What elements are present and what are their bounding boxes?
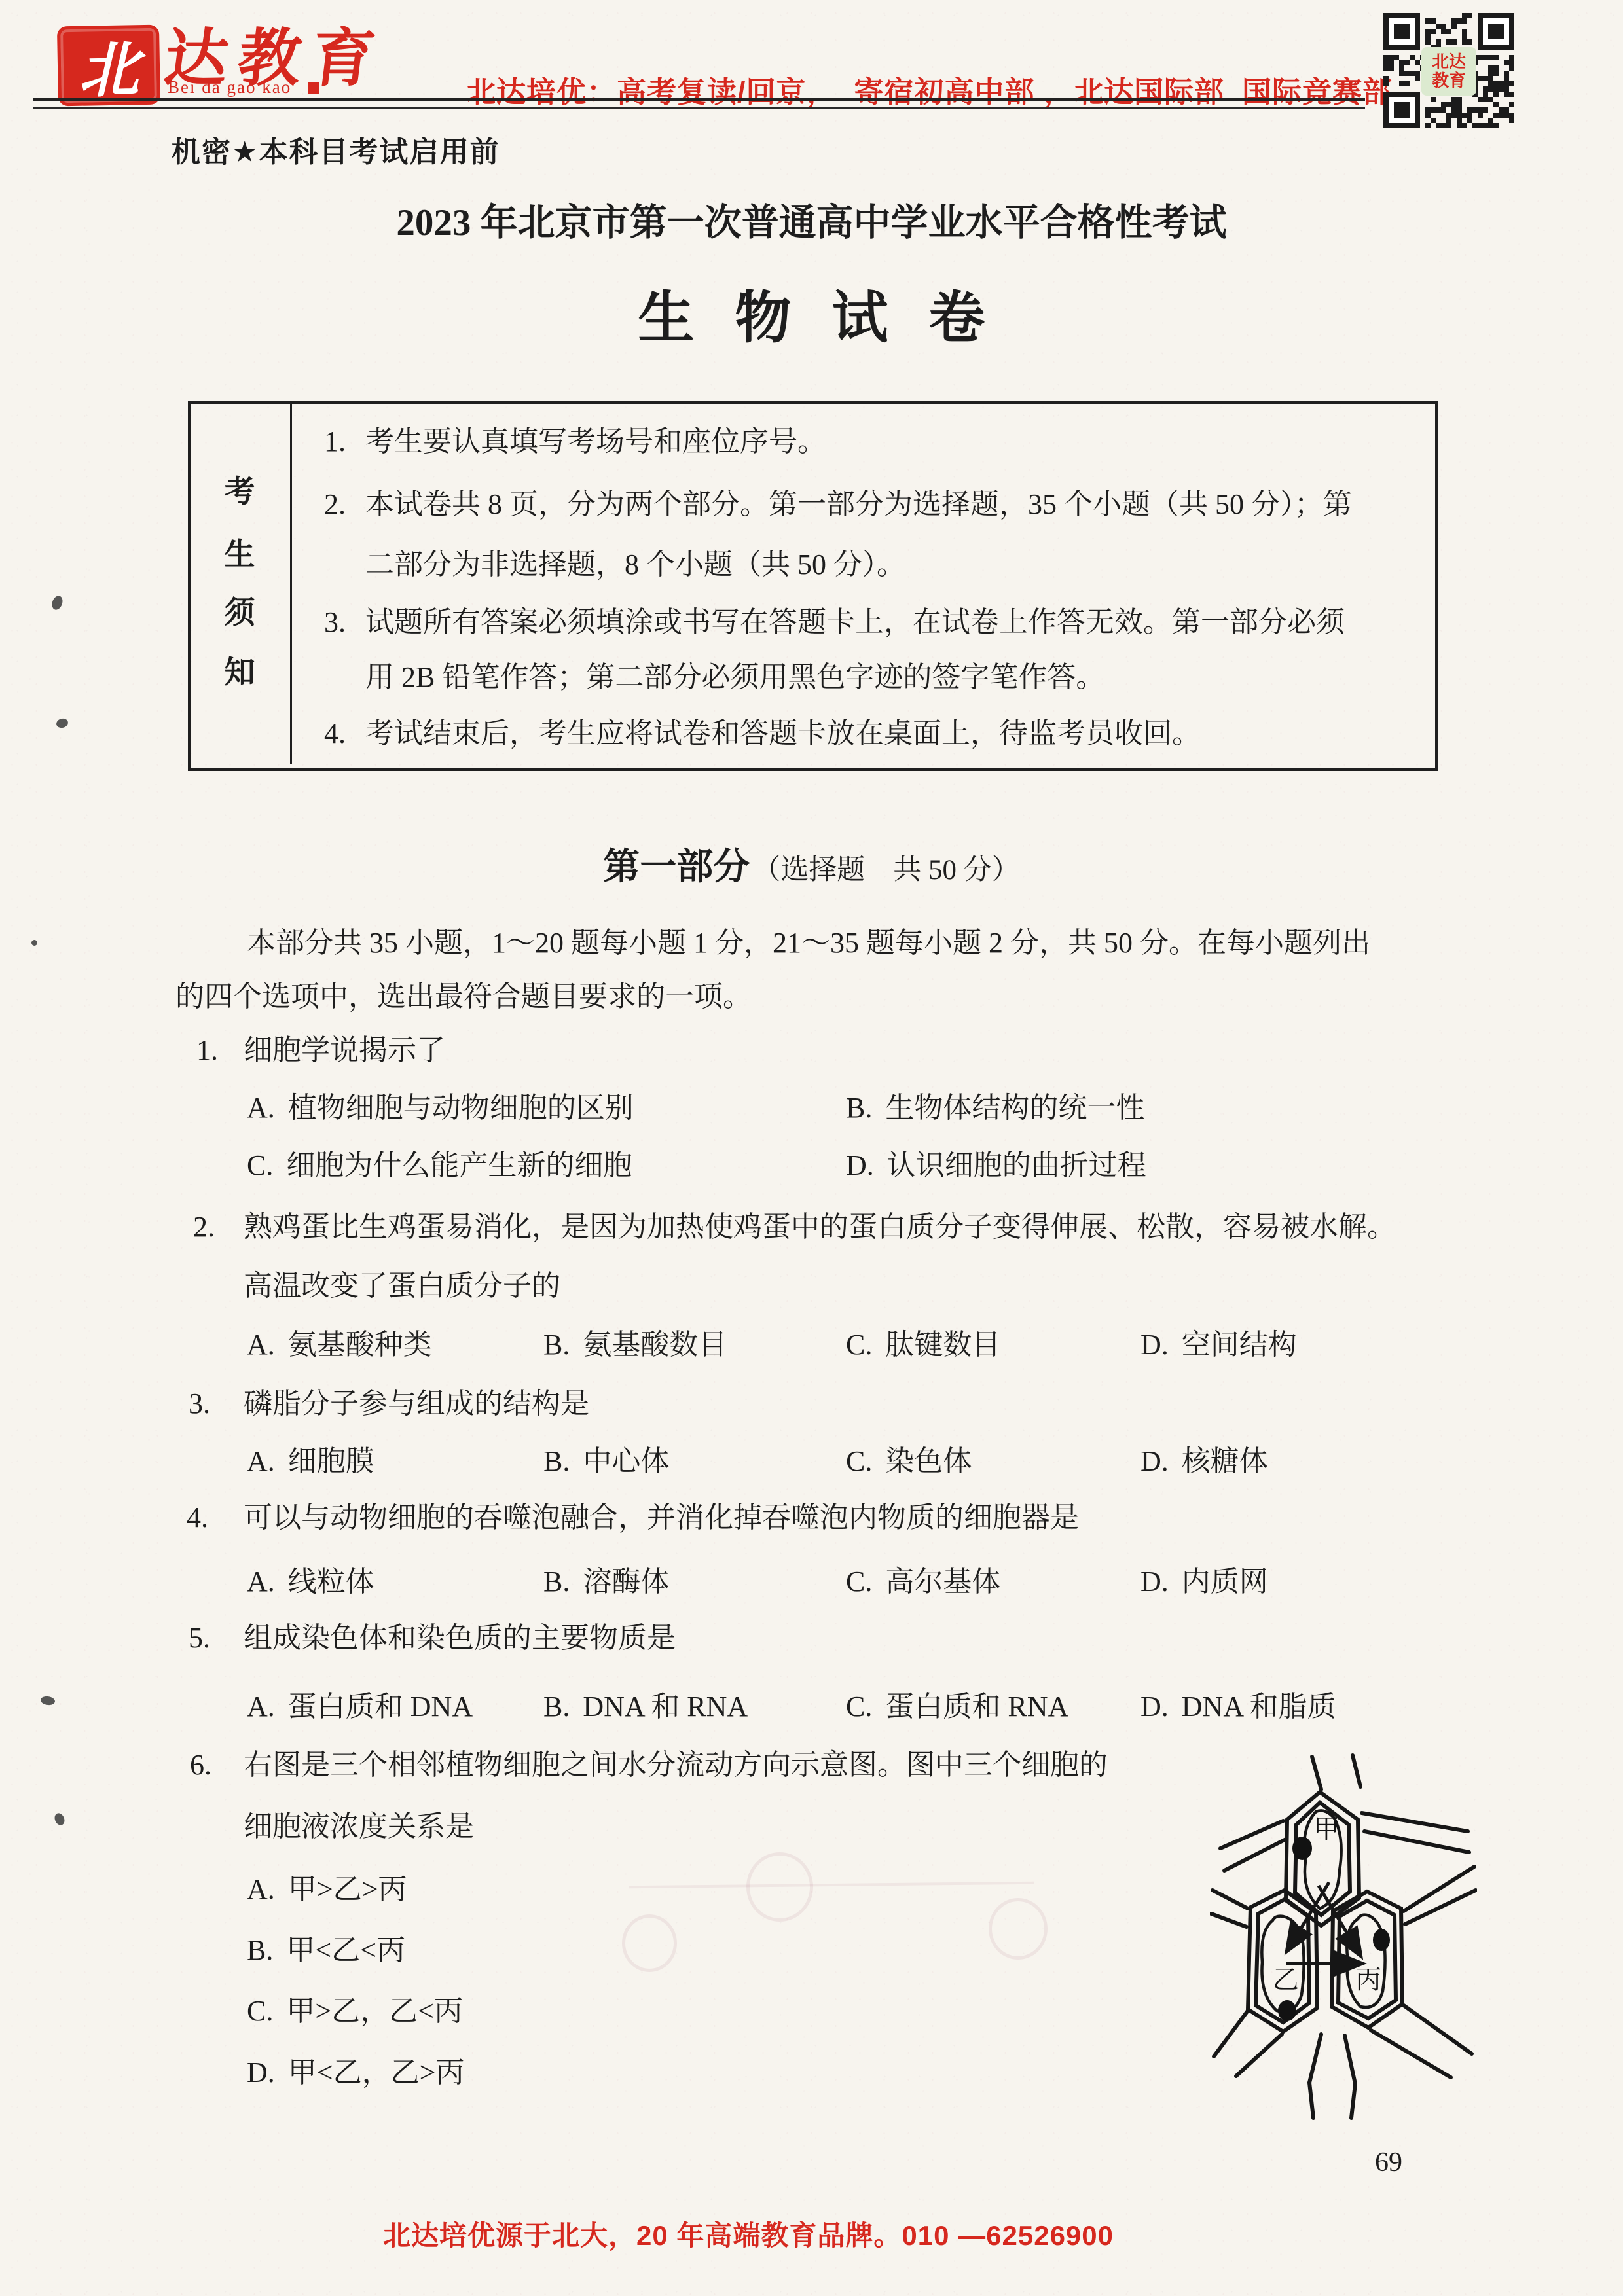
section-subtitle: （选择题 共 50 分） (752, 855, 1020, 886)
notice-item-text: 试题所有答案必须填涂或书写在答题卡上，在试卷上作答无效。第一部分必须 (365, 606, 1345, 639)
scanned-exam-page: 北 达教育 Bei da gao kao 北达培优：高考复读/回京， 寄宿初高中… (0, 0, 1623, 2296)
cell-wall-lattice (1211, 1755, 1476, 2118)
question-stem: 熟鸡蛋比生鸡蛋易消化，是因为加热使鸡蛋中的蛋白质分子变得伸展、松散，容易被水解。 (244, 1211, 1396, 1244)
option-a: A.甲>乙>丙 (247, 1873, 407, 1907)
question-stem: 组成染色体和染色质的主要物质是 (244, 1622, 676, 1655)
scan-artifact (40, 1696, 56, 1706)
scan-artifact (53, 1812, 67, 1827)
scan-artifact (31, 940, 37, 946)
notice-item-number: 4. (324, 717, 346, 751)
logo-square-icon (308, 82, 319, 94)
notice-item-text: 本试卷共 8 页，分为两个部分。第一部分为选择题，35 个小题（共 50 分）；… (365, 488, 1352, 522)
option-d: D.甲<乙，乙>丙 (247, 2056, 464, 2090)
question-number: 1. (196, 1034, 218, 1067)
option-d: D.内质网 (1140, 1566, 1268, 1599)
question-number: 2. (193, 1211, 215, 1244)
option-d: D.认识细胞的曲折过程 (846, 1149, 1146, 1183)
option-d: D.空间结构 (1140, 1329, 1297, 1362)
option-a: A.细胞膜 (247, 1445, 374, 1479)
scan-artifact (55, 717, 69, 729)
header-divider (33, 98, 1365, 109)
question-stem: 可以与动物细胞的吞噬泡融合，并消化掉吞噬泡内物质的细胞器是 (244, 1501, 1079, 1535)
section-heading: 第一部分 （选择题 共 50 分） (0, 838, 1623, 890)
option-c: C.肽键数目 (846, 1329, 1000, 1362)
question-number: 6. (190, 1749, 211, 1782)
notice-item-number: 3. (324, 606, 346, 639)
brand-seal-logo: 北 (60, 28, 157, 103)
option-a: A.线粒体 (247, 1566, 374, 1599)
option-b: B.溶酶体 (543, 1566, 669, 1599)
qr-center-label: 北达 教育 (1421, 47, 1476, 96)
notice-side-char: 生 (223, 530, 256, 574)
notice-item-number: 1. (324, 425, 346, 459)
notice-item-number: 2. (324, 488, 346, 522)
qr-code: 北达 教育 (1383, 13, 1514, 130)
notice-side-char: 知 (223, 648, 256, 692)
seal-character: 北 (78, 22, 139, 109)
footer-brand-line: 北达培优源于北大，20 年高端教育品牌。010 —62526900 (383, 2214, 1114, 2253)
option-b: B.DNA 和 RNA (543, 1691, 748, 1724)
option-a: A.蛋白质和 DNA (247, 1691, 473, 1724)
section-intro-line1: 本部分共 35 小题，1～20 题每小题 1 分，21～35 题每小题 2 分，… (247, 927, 1370, 960)
question-number: 3. (189, 1388, 210, 1421)
exam-title: 2023 年北京市第一次普通高中学业水平合格性考试 (0, 192, 1623, 246)
option-d: D.DNA 和脂质 (1140, 1691, 1336, 1724)
bleed-through-mark (629, 1882, 1034, 1888)
plant-cells-water-flow-diagram: 甲 乙 丙 (1210, 1751, 1477, 2122)
question-stem: 磷脂分子参与组成的结构是 (244, 1388, 589, 1421)
option-c: C.染色体 (846, 1445, 972, 1479)
notice-item-text: 用 2B 铅笔作答；第二部分必须用黑色字迹的签字笔作答。 (365, 661, 1104, 694)
question-stem-line2: 细胞液浓度关系是 (244, 1810, 474, 1844)
notice-item-text: 考试结束后，考生应将试卷和答题卡放在桌面上，待监考员收回。 (365, 717, 1201, 751)
notice-item-text: 二部分为非选择题，8 个小题（共 50 分）。 (365, 548, 905, 582)
question-stem: 细胞学说揭示了 (244, 1034, 445, 1067)
notice-item-text: 考生要认真填写考场号和座位序号。 (365, 425, 826, 459)
option-b: B.氨基酸数目 (543, 1329, 727, 1362)
brand-logo-subtext: Bei da gao kao (168, 77, 291, 98)
cell-label-yi: 乙 (1273, 1965, 1299, 1994)
notice-side-char: 须 (223, 588, 256, 632)
bleed-through-mark (989, 1898, 1048, 1960)
cell-label-jia: 甲 (1313, 1814, 1340, 1844)
question-number: 5. (189, 1622, 210, 1655)
scan-artifact (50, 594, 65, 611)
option-b: B.甲<乙<丙 (247, 1934, 405, 1967)
confidential-notice: 机密★本科目考试启用前 (172, 128, 500, 170)
question-stem-line2: 高温改变了蛋白质分子的 (244, 1270, 560, 1303)
notice-side-char: 考 (223, 467, 256, 511)
option-a: A.植物细胞与动物细胞的区别 (247, 1092, 634, 1125)
notice-box-divider (290, 401, 292, 764)
option-c: C.高尔基体 (846, 1566, 1000, 1599)
section-title: 第一部分 (603, 847, 750, 888)
section-intro-line2: 的四个选项中，选出最符合题目要求的一项。 (175, 980, 752, 1014)
exam-subject-title: 生物试卷 (0, 272, 1623, 353)
option-a: A.氨基酸种类 (247, 1329, 432, 1362)
option-b: B.生物体结构的统一性 (846, 1092, 1144, 1125)
question-stem: 右图是三个相邻植物细胞之间水分流动方向示意图。图中三个细胞的 (244, 1749, 1108, 1782)
option-c: C.细胞为什么能产生新的细胞 (247, 1149, 632, 1183)
option-c: C.蛋白质和 RNA (846, 1691, 1068, 1724)
option-c: C.甲>乙，乙<丙 (247, 1995, 463, 2028)
option-b: B.中心体 (543, 1445, 669, 1479)
bleed-through-mark (622, 1914, 677, 1972)
page-number: 69 (1375, 2147, 1402, 2178)
question-number: 4. (187, 1501, 208, 1535)
cell-label-bing: 丙 (1355, 1965, 1381, 1994)
option-d: D.核糖体 (1140, 1445, 1268, 1479)
